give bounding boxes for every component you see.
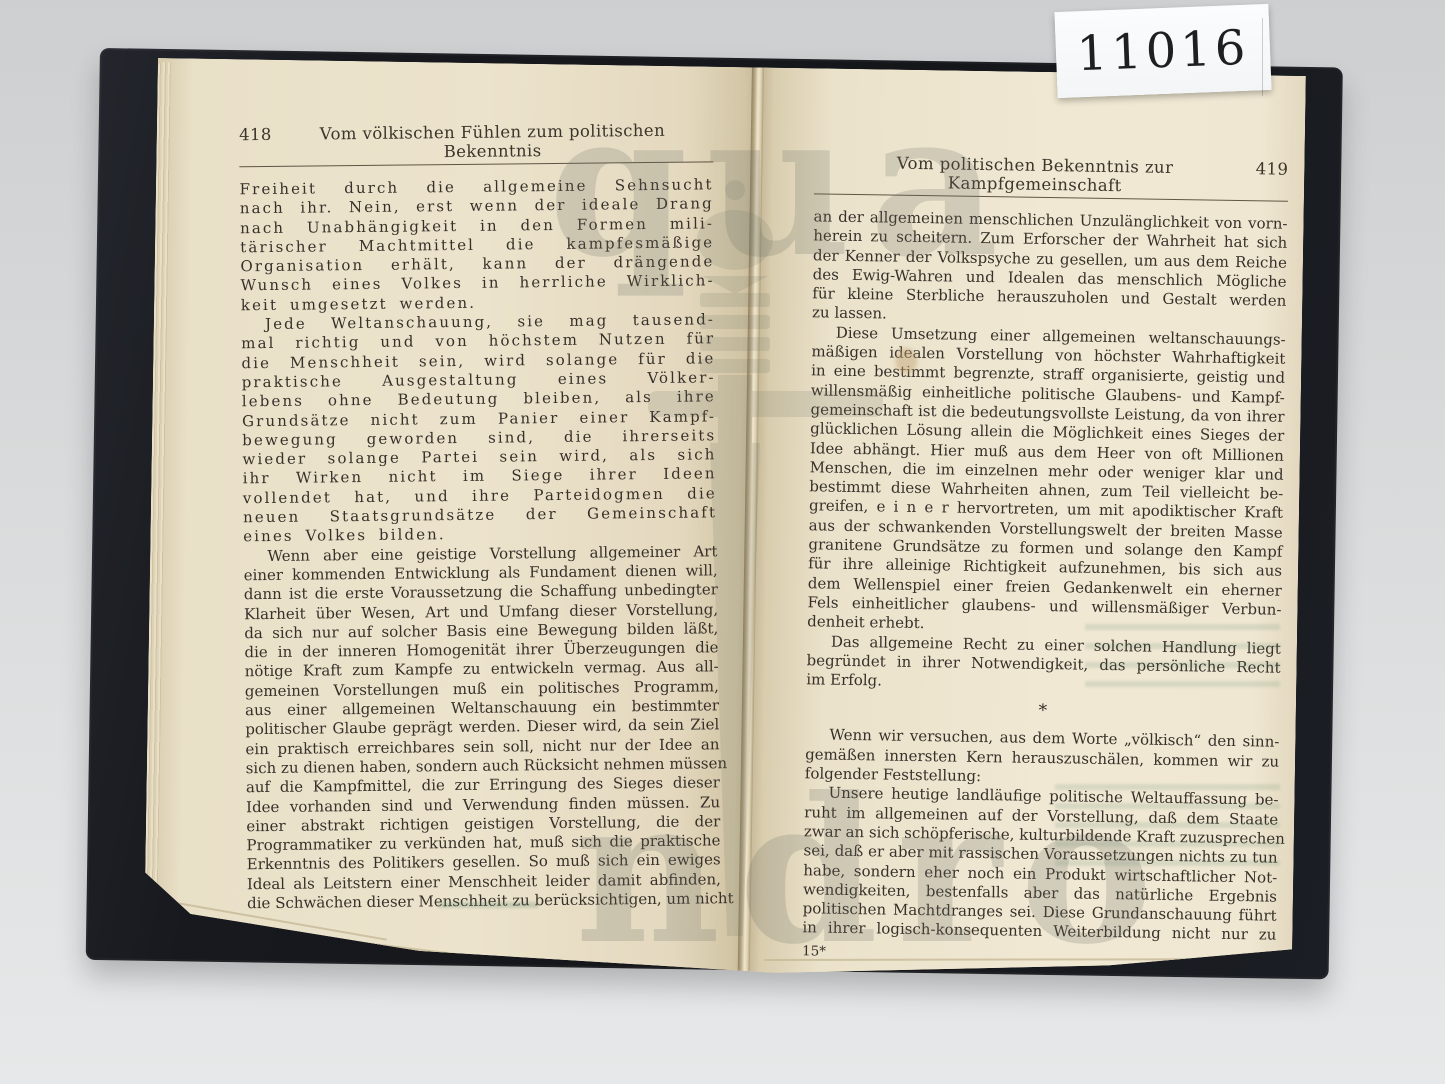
left-running-header: 418 Vom völkischen Fühlen zum politische… xyxy=(239,120,713,163)
left-page-text: 418 Vom völkischen Fühlen zum politische… xyxy=(239,120,721,913)
paragraph: Freiheit durch die allgemeine Sehnsuchtn… xyxy=(240,175,715,315)
show-through-ghost xyxy=(1085,618,1280,696)
paragraph: an der allgemeinen menschlichen Unzuläng… xyxy=(812,207,1288,330)
inventory-number: 11016 xyxy=(1076,20,1251,83)
show-through-ghost xyxy=(438,896,538,912)
paragraph: Jede Weltanschauung, sie mag tausend-mal… xyxy=(241,310,717,547)
paragraph: Wenn aber eine geistige Vorstellung allg… xyxy=(243,542,721,914)
paragraph: Diese Umsetzung einer allgemeinen weltan… xyxy=(807,323,1286,639)
backdrop-crease xyxy=(1262,18,1263,96)
right-page-number: 419 xyxy=(1256,159,1289,179)
foxing-spot xyxy=(1397,1018,1411,1029)
left-page-body: Freiheit durch die allgemeine Sehnsuchtn… xyxy=(240,175,722,913)
right-header-title: Vom politischen Bekenntnis zur Kampfgeme… xyxy=(814,152,1256,197)
show-through-ghost xyxy=(1055,778,1280,866)
inventory-label: 11016 xyxy=(1054,4,1271,98)
photo-background: 418 Vom völkischen Fühlen zum politische… xyxy=(0,0,1445,1084)
right-running-header: Vom politischen Bekenntnis zur Kampfgeme… xyxy=(814,152,1289,197)
left-header-title: Vom völkischen Fühlen zum politischen Be… xyxy=(272,120,714,163)
left-page-number: 418 xyxy=(239,125,272,144)
